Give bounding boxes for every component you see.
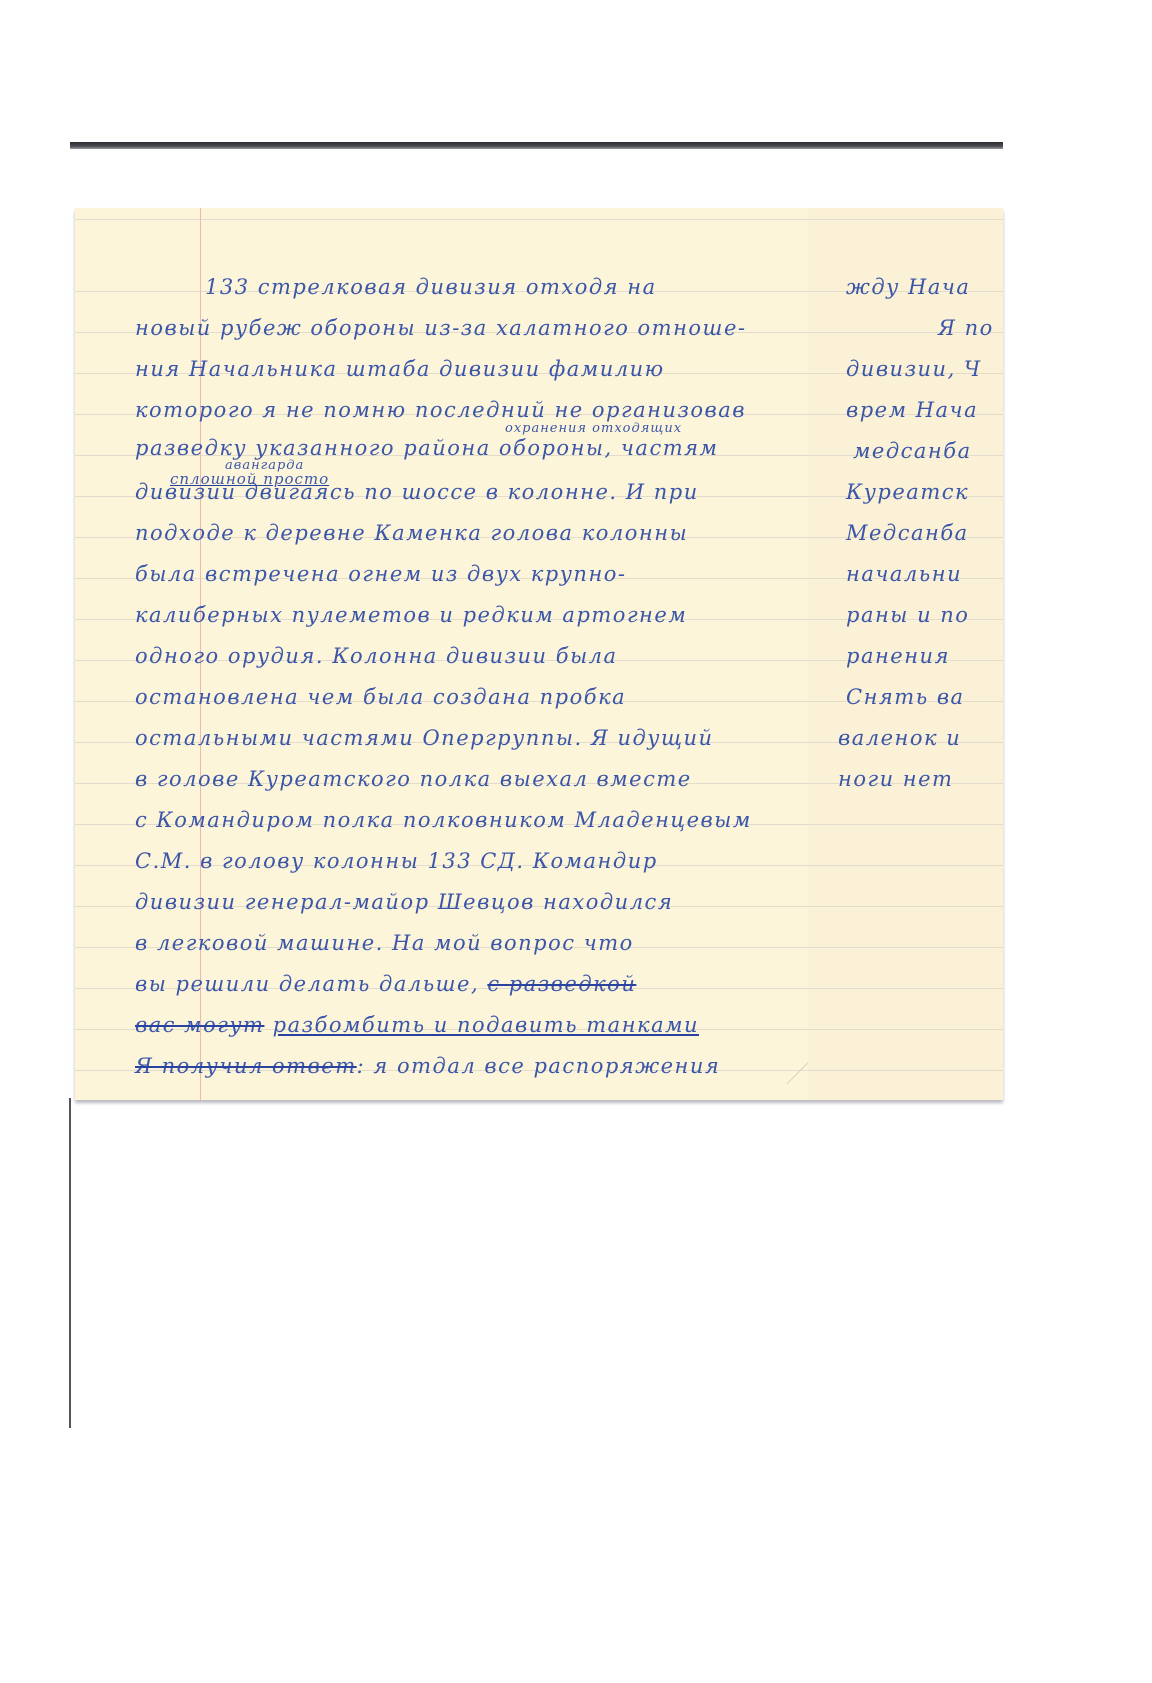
insertion-note: охранения отходящих: [505, 421, 682, 436]
text-line: новый рубеж обороны из-за халатного отно…: [135, 316, 746, 340]
right-page-fragment: жду Нача Я по дивизии, Ч врем Нача медса…: [808, 208, 1003, 1100]
text-line: дивизии двигаясь по шоссе в колонне. И п…: [135, 480, 699, 504]
text-segment: разбомбить и подавить танками: [273, 1013, 699, 1037]
struck-text: Я получил ответ: [135, 1054, 357, 1078]
text-line: С.М. в голову колонны 133 СД. Командир: [135, 849, 658, 873]
text-line: ния Начальника штаба дивизии фамилию: [135, 357, 665, 381]
struck-text: вас могут: [135, 1013, 264, 1037]
text-line: одного орудия. Колонна дивизии была: [135, 644, 618, 668]
text-line: 133 стрелковая дивизия отходя на: [205, 275, 657, 299]
text-line: калиберных пулеметов и редким артогнем: [135, 603, 687, 627]
text-line: начальни: [846, 562, 962, 586]
left-page: 133 стрелковая дивизия отходя на новый р…: [75, 208, 809, 1100]
text-line: дивизии генерал-майор Шевцов находился: [135, 890, 673, 914]
text-line: врем Нача: [846, 398, 978, 422]
text-line: дивизии, Ч: [846, 357, 982, 381]
text-segment: : я отдал все распоряжения: [357, 1054, 721, 1078]
text-line: ранения: [846, 644, 950, 668]
text-line: валенок и: [838, 726, 961, 750]
handwritten-text-right: жду Нача Я по дивизии, Ч врем Нача медса…: [808, 208, 1003, 1100]
text-line: раны и по: [846, 603, 969, 627]
text-line: в легковой машине. На мой вопрос что: [135, 931, 634, 955]
text-line: подходе к деревне Каменка голова колонны: [135, 521, 688, 545]
text-line: Снять ва: [846, 685, 965, 709]
text-line: медсанба: [853, 439, 972, 463]
text-line: Я получил ответ: я отдал все распоряжени…: [135, 1054, 720, 1078]
text-line: которого я не помню последний не организ…: [135, 398, 746, 422]
text-line: вы решили делать дальше, с разведкой: [135, 972, 636, 996]
text-line: остановлена чем была создана пробка: [135, 685, 626, 709]
notebook-spread: 133 стрелковая дивизия отходя на новый р…: [75, 208, 1003, 1100]
struck-text: с разведкой: [487, 972, 636, 996]
text-line: разведку указанного района обороны, част…: [135, 436, 718, 460]
text-line: остальными частями Опергруппы. Я идущий: [135, 726, 714, 750]
text-line: ноги нет: [838, 767, 953, 791]
text-line: Медсанба: [846, 521, 969, 545]
scanner-edge-bar: [70, 142, 1003, 149]
text-line: была встречена огнем из двух крупно-: [135, 562, 627, 586]
text-line: вас могут разбомбить и подавить танками: [135, 1013, 699, 1037]
scanner-left-edge: [69, 1098, 71, 1428]
text-line: Я по: [938, 316, 994, 340]
text-line: с Командиром полка полковником Младенцев…: [135, 808, 752, 832]
text-segment: вы решили делать дальше,: [135, 972, 479, 996]
text-line: в голове Куреатского полка выехал вместе: [135, 767, 692, 791]
text-line: жду Нача: [846, 275, 970, 299]
text-line: Куреатск: [846, 480, 969, 504]
